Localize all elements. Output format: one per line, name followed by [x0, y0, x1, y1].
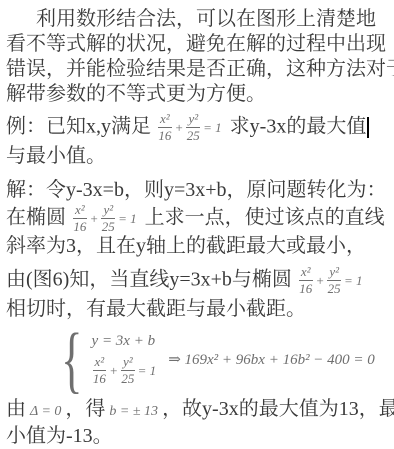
equals-one: = 1 — [344, 273, 363, 288]
figure-text-before: 由(图6)知，当直线y=3x+b与椭圆 — [6, 269, 292, 291]
intro-line: 解带参数的不等式更为方便。 — [6, 82, 388, 107]
fraction-y25: y²25 — [327, 265, 341, 297]
denominator: 16 — [158, 128, 172, 143]
denominator: 25 — [186, 128, 200, 143]
numerator: y² — [121, 355, 135, 371]
plus-sign: + — [316, 273, 325, 288]
equals-one: = 1 — [138, 363, 157, 378]
intro-line: 看不等式解的状况，避免在解的过程中出现 — [6, 32, 388, 57]
fraction-y25: y²25 — [101, 203, 115, 235]
denominator: 16 — [299, 281, 313, 296]
fraction-y25: y²25 — [186, 112, 200, 144]
figure-paragraph: 由(图6)知，当直线y=3x+b与椭圆x²16+y²25= 1 相切时，有最大截… — [6, 265, 388, 322]
system-eq2: x²16+y²25= 1 — [92, 355, 159, 387]
denominator: 25 — [121, 371, 135, 386]
ellipse-equation: x²16+y²25= 1 — [72, 203, 139, 235]
denominator: 16 — [93, 371, 107, 386]
ellipse-equation: x²16+y²25= 1 — [157, 112, 224, 144]
conclusion-text-2: ，得 — [65, 398, 105, 420]
solution-text-before: 在椭圆 — [6, 206, 66, 228]
intro-paragraph: 利用数形结合法，可以在图形上清楚地 看不等式解的状况，避免在解的过程中出现 错误… — [6, 7, 388, 107]
conclusion-text-3: ，故y-3x的最大值为13，最 — [162, 398, 394, 420]
left-brace: { — [61, 327, 82, 393]
b-value: b = ± 13 — [109, 404, 158, 419]
equals-one: = 1 — [203, 120, 222, 135]
solution-text-after: 上求一点，使过该点的直线 — [145, 206, 385, 228]
plus-sign: + — [109, 363, 118, 378]
numerator: x² — [158, 112, 172, 128]
implication-result: ⇒ 169x² + 96bx + 16b² − 400 = 0 — [168, 350, 375, 369]
conclusion-paragraph: 由Δ = 0，得b = ± 13，故y-3x的最大值为13，最 小值为-13。 — [6, 397, 388, 449]
example-paragraph: 例：已知x,y满足x²16+y²25= 1求y-3x的最大值 与最小值。 — [6, 112, 388, 169]
fraction-x16: x²16 — [158, 112, 172, 144]
denominator: 25 — [101, 219, 115, 234]
intro-line: 错误，并能检验结果是否正确，这种方法对于 — [6, 57, 388, 82]
equals-one: = 1 — [118, 211, 137, 226]
fraction-x16: x²16 — [73, 203, 87, 235]
ellipse-equation: x²16+y²25= 1 — [92, 355, 159, 387]
conclusion-line1: 由Δ = 0，得b = ± 13，故y-3x的最大值为13，最 — [6, 397, 388, 424]
solution-paragraph: 解：令y-3x=b，则y=3x+b，原问题转化为： 在椭圆x²16+y²25= … — [6, 178, 388, 260]
example-line2: 与最小值。 — [6, 144, 388, 169]
numerator: y² — [186, 112, 200, 128]
fraction-x16: x²16 — [299, 265, 313, 297]
conclusion-line2: 小值为-13。 — [6, 424, 388, 449]
intro-line: 利用数形结合法，可以在图形上清楚地 — [6, 7, 388, 32]
numerator: x² — [93, 355, 107, 371]
conclusion-text-1: 由 — [6, 398, 26, 420]
system-eq1: y = 3x + b — [92, 333, 159, 350]
numerator: x² — [299, 265, 313, 281]
fraction-x16: x²16 — [93, 355, 107, 387]
ellipse-equation: x²16+y²25= 1 — [298, 265, 365, 297]
denominator: 16 — [73, 219, 87, 234]
plus-sign: + — [90, 211, 99, 226]
equation-system: { y = 3x + b x²16+y²25= 1 ⇒ 169x² + 96bx… — [54, 327, 388, 393]
figure-line1: 由(图6)知，当直线y=3x+b与椭圆x²16+y²25= 1 — [6, 265, 388, 297]
solution-line3: 斜率为3，且在y轴上的截距最大或最小， — [6, 234, 388, 259]
example-text-after: 求y-3x的最大值 — [230, 115, 367, 137]
system-equations: y = 3x + b x²16+y²25= 1 — [92, 333, 159, 387]
example-line1: 例：已知x,y满足x²16+y²25= 1求y-3x的最大值 — [6, 112, 388, 144]
numerator: x² — [73, 203, 87, 219]
numerator: y² — [327, 265, 341, 281]
delta-condition: Δ = 0 — [30, 404, 61, 419]
fraction-y25: y²25 — [121, 355, 135, 387]
example-text-before: 例：已知x,y满足 — [6, 115, 151, 137]
text-cursor — [367, 117, 369, 138]
solution-line1: 解：令y-3x=b，则y=3x+b，原问题转化为： — [6, 178, 388, 203]
plus-sign: + — [175, 120, 184, 135]
solution-line2: 在椭圆x²16+y²25= 1上求一点，使过该点的直线 — [6, 203, 388, 235]
numerator: y² — [101, 203, 115, 219]
denominator: 25 — [327, 281, 341, 296]
document-page[interactable]: 利用数形结合法，可以在图形上清楚地 看不等式解的状况，避免在解的过程中出现 错误… — [0, 0, 394, 449]
